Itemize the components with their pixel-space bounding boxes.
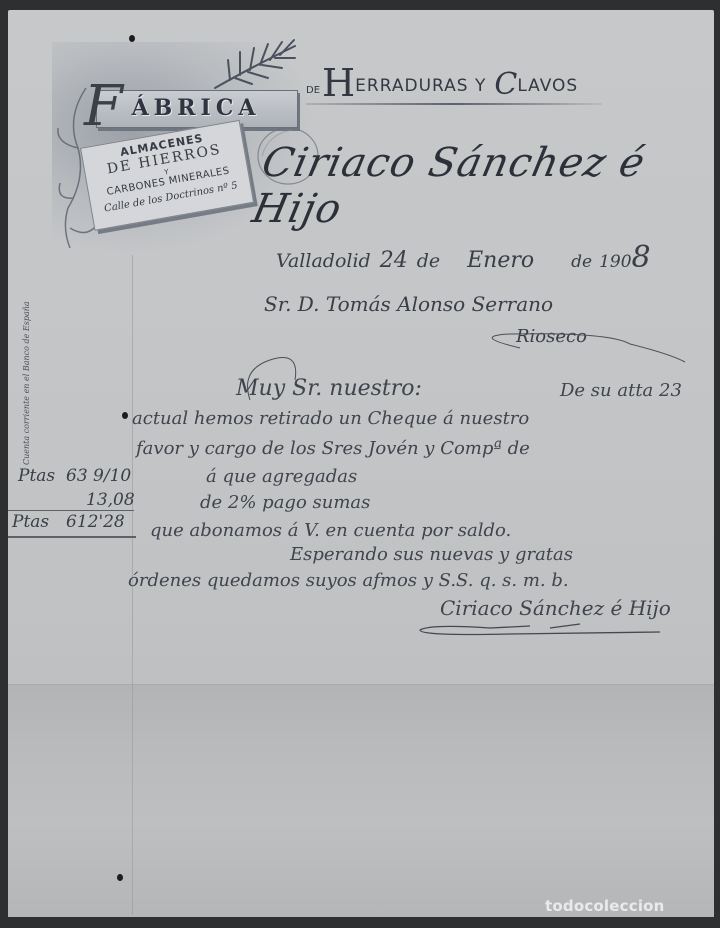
ledger-row-1-label: Ptas (18, 466, 55, 486)
body-line-5: de 2% pago sumas (200, 492, 370, 513)
paper-fold-section (8, 684, 714, 917)
punch-hole-bottom (117, 874, 123, 881)
ledger-row-1-amount: 63 9/10 (66, 466, 131, 486)
date-de-2: de (571, 252, 592, 272)
ledger-row-2-amount: 13,08 (86, 490, 135, 510)
date-day: 24 (380, 248, 408, 273)
clavos-text: LAVOS (517, 76, 578, 102)
body-line-3: favor y cargo de los Sres Jovén y Compª … (136, 438, 530, 459)
date-place: Valladolid (276, 250, 371, 272)
fabrica-title: ÁBRICA (96, 90, 296, 126)
date-year-last: 8 (632, 240, 651, 275)
signature: Ciriaco Sánchez é Hijo (440, 596, 671, 620)
punch-hole-top (129, 35, 135, 42)
punch-hole-middle (122, 412, 128, 419)
body-line-7: Esperando sus nuevas y gratas (290, 544, 573, 565)
herraduras-text: ERRADURAS Y (355, 76, 486, 102)
body-line-4: á que agregadas (206, 466, 357, 487)
ledger-rule-2 (8, 536, 136, 538)
body-line-2: actual hemos retirado un Cheque á nuestr… (132, 408, 529, 429)
addressee: Sr. D. Tomás Alonso Serrano (264, 292, 553, 316)
herraduras-underline (306, 103, 602, 105)
date-month: Enero (467, 248, 534, 273)
body-line-1: De su atta 23 (560, 380, 682, 401)
city-flourish (470, 334, 690, 364)
clavos-initial: C (494, 68, 517, 102)
firm-name: Ciriaco Sánchez é Hijo (248, 140, 708, 232)
body-line-6: que abonamos á V. en cuenta por saldo. (150, 520, 511, 541)
bank-side-note: Cuenta corriente en el Banco de España (22, 285, 31, 465)
date-de: de (417, 250, 440, 272)
salutation-flourish (240, 350, 320, 410)
ledger-row-3-label: Ptas (12, 512, 49, 532)
signature-flourish (410, 620, 690, 644)
herraduras-clavos-title: DE H ERRADURAS Y C LAVOS (306, 62, 578, 102)
watermark: todocoleccion (545, 897, 665, 915)
date-line: Valladolid 24 de Enero de 1908 (276, 240, 651, 275)
ledger-row-3-amount: 612'28 (66, 512, 125, 532)
herraduras-de: DE (306, 85, 320, 102)
date-year-prefix: 190 (599, 252, 631, 272)
palm-frond-icon (210, 38, 300, 93)
herraduras-initial: H (322, 64, 355, 102)
body-line-8: órdenes quedamos suyos afmos y S.S. q. s… (128, 570, 569, 591)
ledger-rule-1 (8, 510, 134, 511)
